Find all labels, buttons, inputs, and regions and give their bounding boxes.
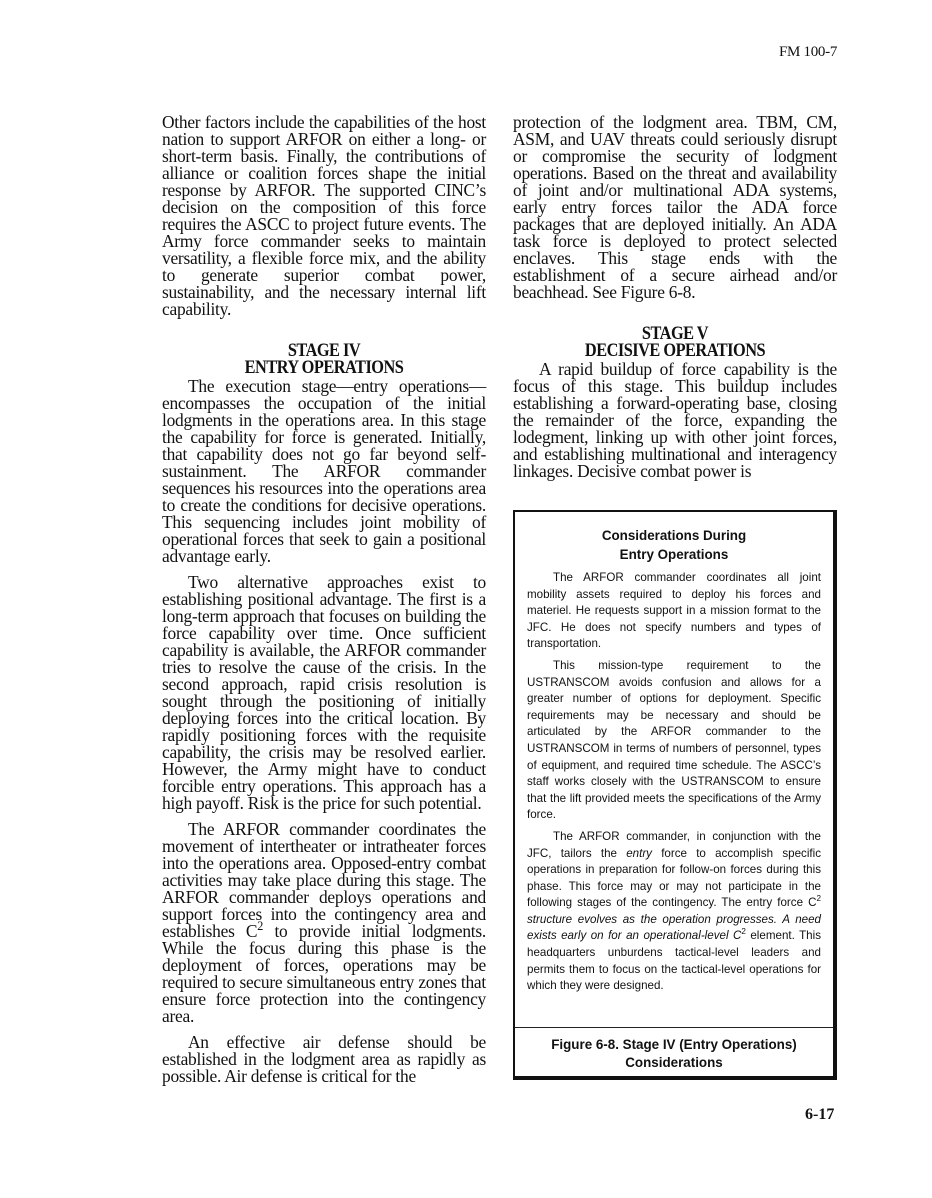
figure-paragraph: The ARFOR commander, in conjunction with… — [527, 829, 821, 995]
superscript: 2 — [816, 894, 821, 903]
intro-paragraph: Other factors include the capabilities o… — [162, 114, 486, 318]
figure-body: The ARFOR commander coordinates all join… — [515, 564, 833, 995]
stage-iv-heading: STAGE IV ENTRY OPERATIONS — [162, 342, 486, 376]
figure-divider — [515, 1027, 833, 1028]
figure-title-line: Considerations During — [515, 526, 833, 545]
document-id-header: FM 100-7 — [779, 44, 837, 61]
entry-operations-title: ENTRY OPERATIONS — [185, 359, 464, 376]
figure-caption-line: Figure 6-8. Stage IV (Entry Operations) — [515, 1036, 833, 1054]
right-column: protection of the lodgment area. TBM, CM… — [513, 114, 837, 480]
page-number: 6-17 — [805, 1106, 834, 1124]
decisive-operations-title: DECISIVE OPERATIONS — [536, 342, 815, 359]
left-column: Other factors include the capabilities o… — [162, 114, 486, 1085]
figure-title: Considerations During Entry Operations — [515, 526, 833, 564]
figure-title-line: Entry Operations — [515, 545, 833, 564]
figure-paragraph: The ARFOR commander coordinates all join… — [527, 570, 821, 653]
body-paragraph: Two alternative approaches exist to esta… — [162, 574, 486, 812]
figure-paragraph: This mission-type requirement to the UST… — [527, 658, 821, 824]
body-paragraph: The ARFOR commander coordinates the move… — [162, 821, 486, 1025]
figure-6-8-box: Considerations During Entry Operations T… — [513, 510, 837, 1080]
body-paragraph: A rapid buildup of force capability is t… — [513, 361, 837, 480]
body-paragraph: The execution stage—entry operations—enc… — [162, 378, 486, 565]
figure-caption: Figure 6-8. Stage IV (Entry Operations) … — [515, 1036, 833, 1072]
body-paragraph: An effective air defense should be estab… — [162, 1034, 486, 1085]
figure-caption-line: Considerations — [515, 1054, 833, 1072]
stage-v-heading: STAGE V DECISIVE OPERATIONS — [513, 325, 837, 359]
emphasis: entry — [626, 847, 652, 860]
continuation-paragraph: protection of the lodgment area. TBM, CM… — [513, 114, 837, 301]
